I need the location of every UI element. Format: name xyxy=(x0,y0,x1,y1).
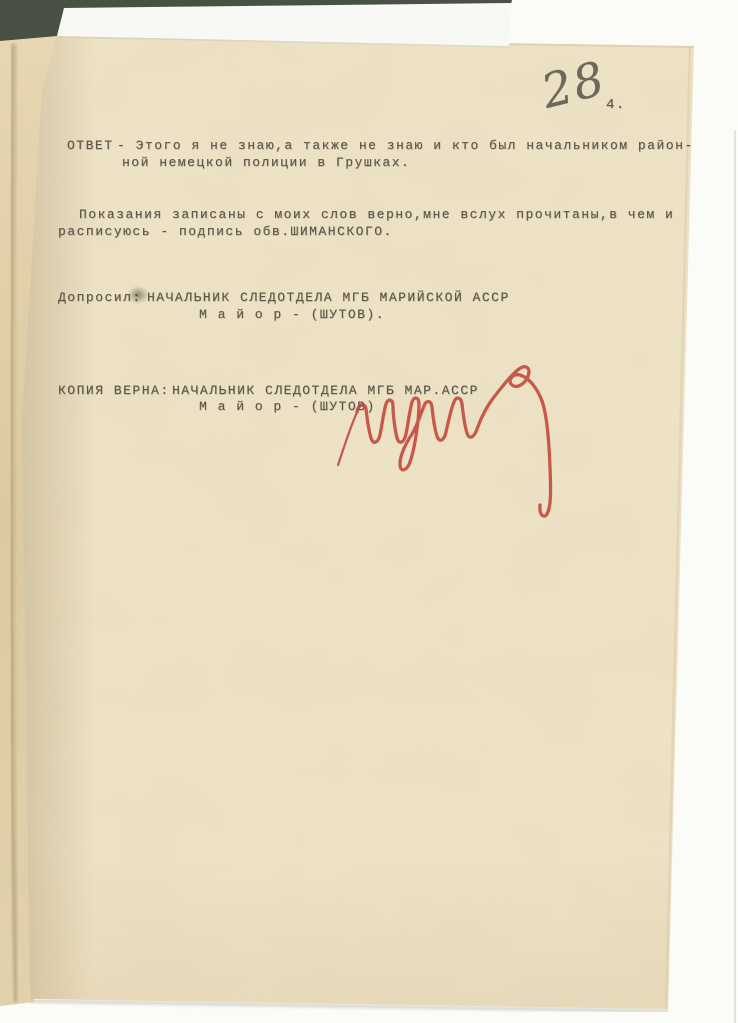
signature-shutov xyxy=(0,0,738,1023)
signature-main-stroke xyxy=(357,367,551,516)
scanned-document-page: 28 4. ОТВЕТ - Этого я не знаю,а также не… xyxy=(0,0,738,1023)
signature-upstroke xyxy=(338,410,358,465)
